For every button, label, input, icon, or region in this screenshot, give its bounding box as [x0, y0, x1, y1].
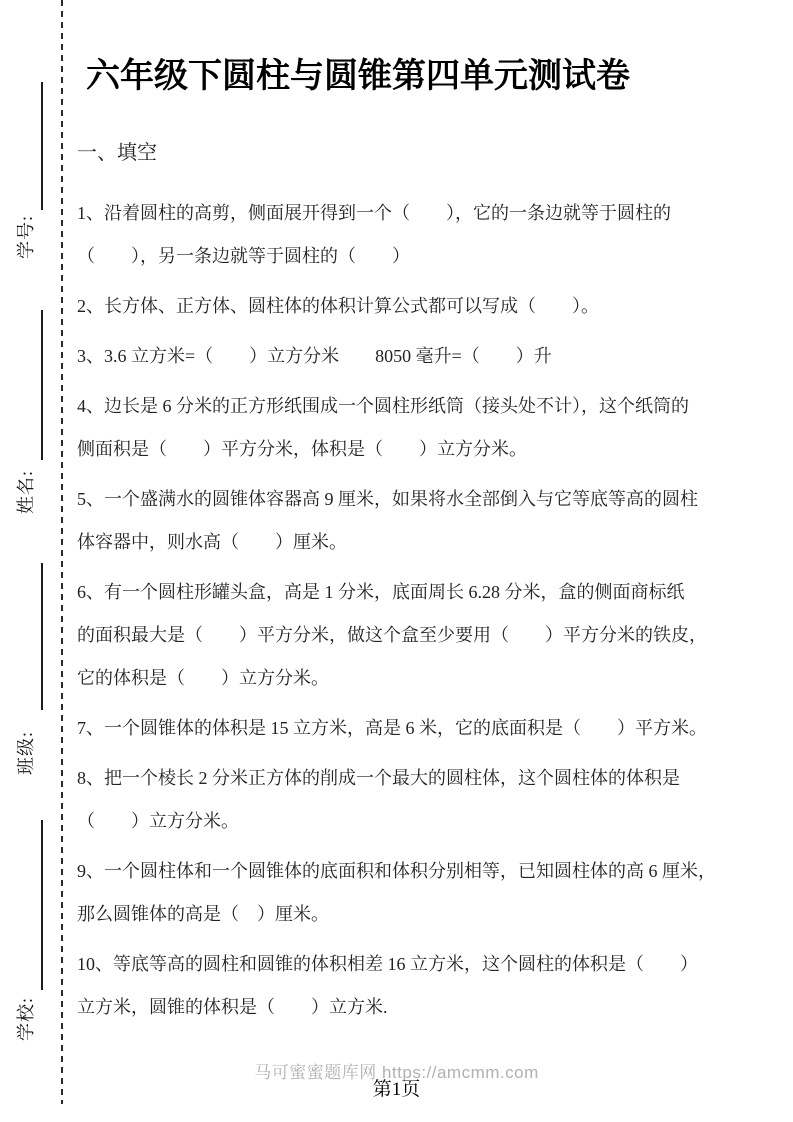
- student-name-label: 姓名:: [15, 460, 37, 524]
- student-name-underline: [41, 310, 43, 460]
- question-item-6: 6、有一个圆柱形罐头盒，高是 1 分米，底面周长 6.28 分米，盒的侧面商标纸…: [77, 571, 769, 700]
- question-item-7: 7、一个圆锥体的体积是 15 立方米，高是 6 米，它的底面积是（ ）平方米。: [77, 707, 769, 750]
- school-underline: [41, 820, 43, 990]
- class-underline: [41, 563, 43, 710]
- student-id-underline: [41, 82, 43, 210]
- section-heading: 一、填空: [77, 140, 769, 167]
- school-label: 学校:: [15, 987, 37, 1051]
- seal-strip: 学号: 姓名: 班级: 学校:: [0, 0, 75, 1122]
- question-item-2: 2、长方体、正方体、圆柱体的体积计算公式都可以写成（ ）。: [77, 285, 769, 328]
- question-item-5: 5、一个盛满水的圆锥体容器高 9 厘米，如果将水全部倒入与它等底等高的圆柱 体容…: [77, 478, 769, 564]
- page-footer: 马可蜜蜜题库网 https://amcmm.com 第1页: [0, 1062, 793, 1112]
- question-item-10: 10、等底等高的圆柱和圆锥的体积相差 16 立方米，这个圆柱的体积是（ ） 立方…: [77, 943, 769, 1029]
- page-number: 第1页: [0, 1074, 793, 1101]
- question-item-8: 8、把一个棱长 2 分米正方体的削成一个最大的圆柱体，这个圆柱体的体积是 （ ）…: [77, 757, 769, 843]
- paper-content: 六年级下圆柱与圆锥第四单元测试卷 一、填空 1、沿着圆柱的高剪，侧面展开得到一个…: [77, 0, 769, 1036]
- seal-dashed-divider: [61, 0, 63, 1104]
- page-title: 六年级下圆柱与圆锥第四单元测试卷: [77, 48, 769, 97]
- class-label: 班级:: [15, 721, 37, 785]
- question-item-4: 4、边长是 6 分米的正方形纸围成一个圆柱形纸筒（接头处不计），这个纸筒的 侧面…: [77, 385, 769, 471]
- question-item-3: 3、3.6 立方米=（ ）立方分米 8050 毫升=（ ）升: [77, 335, 769, 378]
- question-item-1: 1、沿着圆柱的高剪，侧面展开得到一个（ ），它的一条边就等于圆柱的 （ ），另一…: [77, 192, 769, 278]
- question-list: 1、沿着圆柱的高剪，侧面展开得到一个（ ），它的一条边就等于圆柱的 （ ），另一…: [77, 192, 769, 1029]
- student-id-label: 学号:: [15, 205, 37, 269]
- question-item-9: 9、一个圆柱体和一个圆锥体的底面积和体积分别相等，已知圆柱体的高 6 厘米， 那…: [77, 850, 769, 936]
